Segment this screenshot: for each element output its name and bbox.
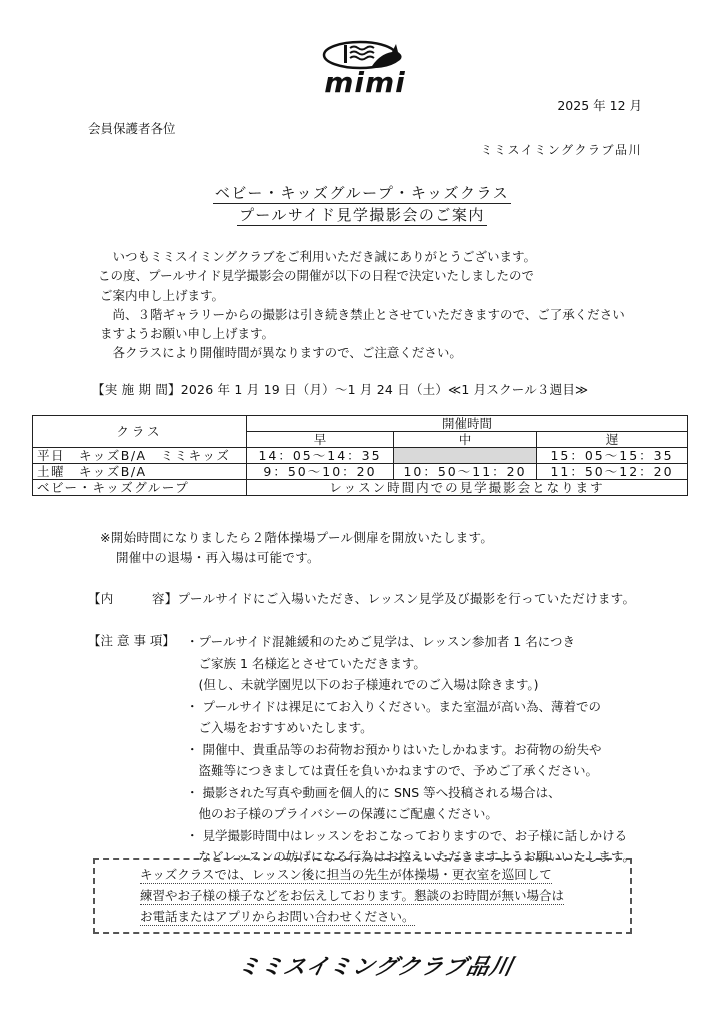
intro-line: ますようお願い申し上げます。 [100, 324, 625, 343]
caution-label: 【注 意 事 項】 [88, 631, 175, 649]
table-row: 土曜 キッズB/A 9：50～10：20 10：50～11：20 11：50～1… [33, 464, 688, 480]
title-text-2: プールサイド見学撮影会のご案内 [237, 206, 487, 226]
footer-logo: ミミスイミングクラブ品川 [235, 950, 517, 981]
period-label: 【実 施 期 間】 [92, 382, 181, 397]
table-row: ベビー・キッズグループ レッスン時間内での見学撮影会となります [33, 480, 688, 496]
content-label: 【内 容】 [88, 591, 178, 606]
info-line: お電話またはアプリからお問い合わせください。 [140, 909, 415, 926]
class-cell: 平日 キッズB/A ミミキッズ [33, 448, 247, 464]
class-cell: 土曜 キッズB/A [33, 464, 247, 480]
logo-wordmark: mimi [322, 68, 408, 98]
caution-item: ・ 撮影された写真や動画を個人的に SNS 等へ投稿される場合は、 [186, 782, 635, 804]
info-box-text: キッズクラスでは、レッスン後に担当の先生が体操場・更衣室を巡回して 練習やお子様… [140, 864, 564, 927]
caution-item: (但し、未就学園児以下のお子様連れでのご入場は除きます。) [186, 674, 635, 696]
caution-item: ご入場をおすすめいたします。 [186, 717, 635, 739]
header-slot-early: 早 [247, 432, 394, 448]
merged-time: レッスン時間内での見学撮影会となります [247, 480, 688, 496]
caution-item: ・ プールサイドは裸足にてお入りください。また室温が高い為、薄着での [186, 696, 635, 718]
caution-item: 盗難等につきましては責任を負いかねますので、予めご了承ください。 [186, 760, 635, 782]
time-early: 14：05～14：35 [247, 448, 394, 464]
content-value: プールサイドにご入場いただき、レッスン見学及び撮影を行っていただけます。 [178, 591, 636, 606]
caution-item: ご家族 1 名様迄とさせていただきます。 [186, 653, 635, 675]
header-class: クラス [33, 416, 247, 448]
intro-line: いつもミミスイミングクラブをご利用いただき誠にありがとうございます。 [100, 247, 625, 266]
caution-item: 他のお子様のプライバシーの保護にご配慮ください。 [186, 803, 635, 825]
caution-item: ・プールサイド混雑緩和のためご見学は、レッスン参加者 1 名につき [186, 631, 635, 653]
time-early: 9：50～10：20 [247, 464, 394, 480]
header-time: 開催時間 [247, 416, 688, 432]
intro-line: ご案内申し上げます。 [100, 286, 625, 305]
addressee: 会員保護者各位 [88, 119, 176, 137]
caution-item: ・ 開催中、貴重品等のお荷物お預かりはいたしかねます。お荷物の紛失や [186, 739, 635, 761]
table-row: 平日 キッズB/A ミミキッズ 14：05～14：35 15：05～15：35 [33, 448, 688, 464]
time-late: 11：50～12：20 [537, 464, 688, 480]
title-line-2: プールサイド見学撮影会のご案内 [0, 204, 724, 225]
caution-item: ・ 見学撮影時間中はレッスンをおこなっておりますので、お子様に話しかける [186, 825, 635, 847]
intro-line: この度、プールサイド見学撮影会の開催が以下の日程で決定いたしましたので [98, 266, 625, 285]
intro-paragraph: いつもミミスイミングクラブをご利用いただき誠にありがとうございます。 この度、プ… [100, 247, 625, 363]
content-row: 【内 容】プールサイドにご入場いただき、レッスン見学及び撮影を行っていただけます… [88, 589, 635, 608]
header-slot-mid: 中 [394, 432, 537, 448]
intro-line: 尚、３階ギャラリーからの撮影は引き続き禁止とさせていただきますので、ご了承くださ… [100, 305, 625, 324]
caution-list: ・プールサイド混雑緩和のためご見学は、レッスン参加者 1 名につき ご家族 1 … [186, 631, 635, 868]
title-text-1: ベビー・キッズグループ・キッズクラス [213, 184, 511, 204]
info-line: キッズクラスでは、レッスン後に担当の先生が体操場・更衣室を巡回して [140, 867, 552, 884]
note-line-1: ※開始時間になりましたら２階体操場プール側扉を開放いたします。 [100, 528, 493, 547]
info-line: 練習やお子様の様子などをお伝えしております。懇談のお時間が無い場合は [140, 888, 564, 905]
header-slot-late: 遅 [537, 432, 688, 448]
class-cell: ベビー・キッズグループ [33, 480, 247, 496]
note-line-2: 開催中の退場・再入場は可能です。 [116, 548, 320, 567]
sender: ミミスイミングクラブ品川 [480, 141, 642, 158]
time-mid: 10：50～11：20 [394, 464, 537, 480]
period-row: 【実 施 期 間】2026 年 1 月 19 日（月）～1 月 24 日（土）≪… [92, 380, 588, 398]
period-value: 2026 年 1 月 19 日（月）～1 月 24 日（土）≪1 月スクール３週… [181, 382, 589, 397]
intro-line: 各クラスにより開催時間が異なりますので、ご注意ください。 [100, 343, 625, 362]
title-line-1: ベビー・キッズグループ・キッズクラス [0, 182, 724, 203]
time-mid-empty [394, 448, 537, 464]
schedule-table: クラス 開催時間 早 中 遅 平日 キッズB/A ミミキッズ 14：05～14：… [32, 415, 688, 496]
issue-date: 2025 年 12 月 [557, 96, 642, 114]
time-late: 15：05～15：35 [537, 448, 688, 464]
